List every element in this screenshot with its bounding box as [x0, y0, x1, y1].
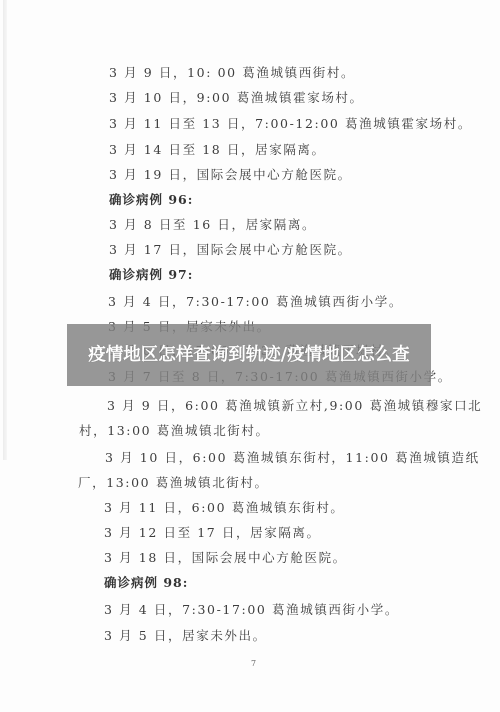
text-line: 3 月 19 日，国际会展中心方舱医院。 [109, 165, 352, 183]
text-line: 3 月 9 日，6:00 葛渔城镇新立村,9:00 葛渔城镇穆家口北 [107, 396, 482, 414]
text-line: 3 月 5 日，居家未外出。 [104, 626, 267, 644]
case-heading: 确诊病例 97: [109, 265, 193, 283]
banner-title: 疫情地区怎样查询到轨迹/疫情地区怎么查 [84, 345, 414, 366]
text-line: 3 月 4 日，7:30-17:00 葛渔城镇西街小学。 [108, 292, 403, 310]
text-line-continuation: 村，13:00 葛渔城镇北街村。 [79, 421, 270, 439]
page-number: 7 [251, 659, 256, 668]
text-line: 3 月 11 日至 13 日，7:00-12:00 葛渔城镇霍家场村。 [109, 114, 472, 132]
text-line: 3 月 4 日，7:30-17:00 葛渔城镇西街小学。 [104, 600, 399, 618]
text-line: 3 月 11 日，6:00 葛渔城镇东街村。 [104, 498, 345, 516]
text-line: 3 月 17 日，国际会展中心方舱医院。 [109, 240, 352, 258]
case-heading: 确诊病例 96: [109, 190, 193, 208]
text-line: 3 月 12 日至 17 日，居家隔离。 [104, 523, 321, 541]
text-line: 3 月 14 日至 18 日，居家隔离。 [109, 140, 326, 158]
text-line: 3 月 10 日，9:00 葛渔城镇霍家场村。 [109, 88, 364, 106]
text-line: 3 月 8 日至 16 日，居家隔离。 [109, 215, 316, 233]
text-line: 3 月 9 日，10: 00 葛渔城镇西街村。 [109, 63, 355, 81]
text-line-continuation: 厂，13:00 葛渔城镇北街村。 [78, 473, 269, 491]
case-heading: 确诊病例 98: [104, 573, 188, 591]
text-line: 3 月 18 日，国际会展中心方舱医院。 [104, 548, 347, 566]
text-line: 3 月 10 日，6:00 葛渔城镇东街村，11:00 葛渔城镇造纸 [105, 448, 480, 466]
title-banner: 疫情地区怎样查询到轨迹/疫情地区怎么查 [67, 324, 431, 386]
